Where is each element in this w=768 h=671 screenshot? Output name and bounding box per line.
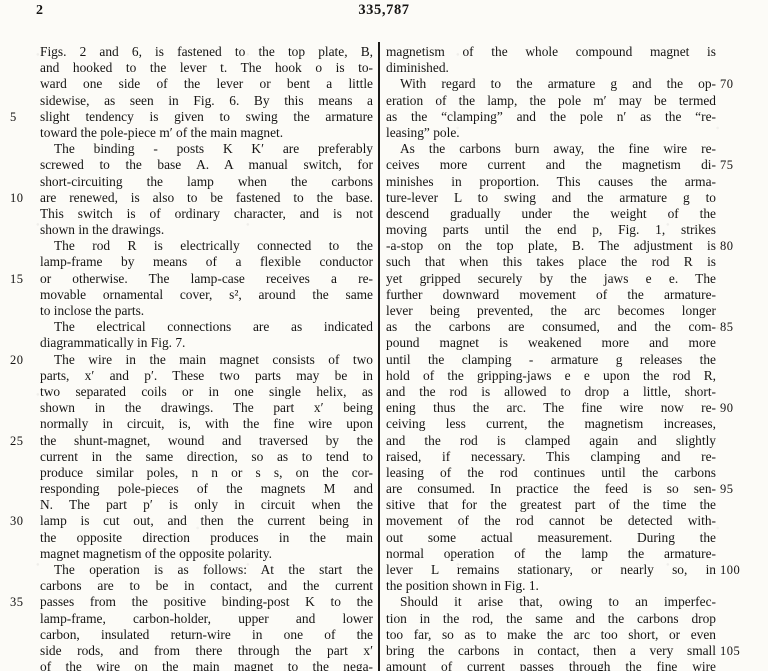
- text-line: ward one side of the lever or bent a lit…: [40, 76, 373, 92]
- text-line: passes from the positive binding-post K …: [40, 594, 373, 610]
- text-line: N. The part p′ is only in circuit when t…: [40, 497, 373, 513]
- text-line: leasing” pole.: [386, 125, 716, 141]
- text-line: of the wire on the main magnet to the ne…: [40, 659, 373, 671]
- line-number: 35: [10, 594, 36, 610]
- text-line: two separated coils or in one single hel…: [40, 384, 373, 400]
- text-line: further downward movement of the armatur…: [386, 287, 716, 303]
- text-line: lever being prevented, the arc becomes l…: [386, 303, 716, 319]
- text-line: side rods, and from there through the pa…: [40, 643, 373, 659]
- text-line: magnet magnetism of the opposite polarit…: [40, 546, 373, 562]
- line-number: 10: [10, 190, 36, 206]
- line-number: 30: [10, 513, 36, 529]
- text-line: lamp-frame by means of a flexible conduc…: [40, 254, 373, 270]
- patent-page: 2 335,787 Figs. 2 and 6, is fastened to …: [0, 0, 768, 671]
- text-line: amount of current passes through the fin…: [386, 659, 716, 671]
- text-line: lamp is cut out, and then the current be…: [40, 513, 373, 529]
- text-line: ceives more current and the magnetism di…: [386, 157, 716, 173]
- text-line: ening thus the arc. The fine wire now re…: [386, 400, 716, 416]
- text-line: carbon, insulated return-wire in one of …: [40, 627, 373, 643]
- right-column: magnetism of the whole compound magnet i…: [386, 44, 716, 671]
- text-line: lever L remains stationary, or nearly so…: [386, 562, 716, 578]
- text-line: as the “clamping” and the pole n′ as the…: [386, 109, 716, 125]
- text-line: shown in the drawings.: [40, 222, 373, 238]
- text-line: the position shown in Fig. 1.: [386, 578, 716, 594]
- text-line: Should it arise that, owing to an imperf…: [386, 594, 716, 610]
- text-line: pound magnet is weakened more and more: [386, 335, 716, 351]
- text-line: slight tendency is given to swing the ar…: [40, 109, 373, 125]
- text-line: lamp-frame, carbon-holder, upper and low…: [40, 611, 373, 627]
- text-line: leasing of the rod continues until the c…: [386, 465, 716, 481]
- text-line: the shunt-magnet, wound and traversed by…: [40, 433, 373, 449]
- column-divider: [378, 42, 380, 671]
- text-line: sitive that for the greatest part of the…: [386, 497, 716, 513]
- text-line: as the carbons are consumed, and the com…: [386, 319, 716, 335]
- line-number: 95: [720, 481, 752, 497]
- text-line: The rod R is electrically connected to t…: [40, 238, 373, 254]
- text-line: diminished.: [386, 60, 716, 76]
- text-line: carbons are to be in contact, and the cu…: [40, 578, 373, 594]
- text-line: shown in the drawings. The part x′ being: [40, 400, 373, 416]
- text-line: As the carbons burn away, the fine wire …: [386, 141, 716, 157]
- text-line: eration of the lamp, the pole m′ may be …: [386, 93, 716, 109]
- text-line: descend gradually under the weight of th…: [386, 206, 716, 222]
- text-line: raised, if necessary. This clamping and …: [386, 449, 716, 465]
- text-line: This switch is of ordinary character, an…: [40, 206, 373, 222]
- line-number: 25: [10, 433, 36, 449]
- text-line: hold of the gripping-jaws e e upon the r…: [386, 368, 716, 384]
- text-line: and the rod is allowed to drop a little,…: [386, 384, 716, 400]
- text-line: ceiving less current, the magnetism incr…: [386, 416, 716, 432]
- text-line: current in the same direction, so as to …: [40, 449, 373, 465]
- patent-number: 335,787: [0, 2, 768, 19]
- text-line: toward the pole-piece m′ of the main mag…: [40, 125, 373, 141]
- text-line: normally in circuit, is, with the fine w…: [40, 416, 373, 432]
- text-line: Figs. 2 and 6, is fastened to the top pl…: [40, 44, 373, 60]
- text-line: and hooked to the lever t. The hook o is…: [40, 60, 373, 76]
- line-number: 90: [720, 400, 752, 416]
- text-line: and the rod is clamped again and slightl…: [386, 433, 716, 449]
- text-line: too far, so as to make the arc too short…: [386, 627, 716, 643]
- text-line: The binding - posts K K′ are preferably: [40, 141, 373, 157]
- text-line: out some actual measurement. During the: [386, 530, 716, 546]
- text-line: short-circuiting the lamp when the carbo…: [40, 174, 373, 190]
- line-number: 20: [10, 352, 36, 368]
- text-line: produce similar poles, n n or s s, on th…: [40, 465, 373, 481]
- text-line: The wire in the main magnet consists of …: [40, 352, 373, 368]
- text-line: moving parts until the end p, Fig. 1, st…: [386, 222, 716, 238]
- text-line: diagrammatically in Fig. 7.: [40, 335, 373, 351]
- line-number: 70: [720, 76, 752, 92]
- text-line: screwed to the base A. A manual switch, …: [40, 157, 373, 173]
- text-line: The electrical connections are as indica…: [40, 319, 373, 335]
- text-line: ture-lever L to swing and the armature g…: [386, 190, 716, 206]
- text-line: bring the carbons in contact, then a ver…: [386, 643, 716, 659]
- line-number: 100: [720, 562, 752, 578]
- text-line: to inclose the parts.: [40, 303, 373, 319]
- text-line: magnetism of the whole compound magnet i…: [386, 44, 716, 60]
- text-line: or otherwise. The lamp-case receives a r…: [40, 271, 373, 287]
- line-number: 105: [720, 643, 752, 659]
- text-line: sidewise, as seen in Fig. 6. By this mea…: [40, 93, 373, 109]
- text-line: yet gripped securely by the jaws e e. Th…: [386, 271, 716, 287]
- text-line: minishes in proportion. This causes the …: [386, 174, 716, 190]
- text-line: -a-stop on the top plate, B. The adjustm…: [386, 238, 716, 254]
- text-line: normal operation of the lamp the armatur…: [386, 546, 716, 562]
- text-line: are renewed, is also to be fastened to t…: [40, 190, 373, 206]
- line-number: 85: [720, 319, 752, 335]
- line-number: 15: [10, 271, 36, 287]
- text-line: responding pole-pieces of the magnets M …: [40, 481, 373, 497]
- text-line: are consumed. In practice the feed is so…: [386, 481, 716, 497]
- text-line: movement of the rod cannot be detected w…: [386, 513, 716, 529]
- left-column: Figs. 2 and 6, is fastened to the top pl…: [40, 44, 373, 671]
- text-line: The operation is as follows: At the star…: [40, 562, 373, 578]
- text-line: parts, x′ and p′. These two parts may be…: [40, 368, 373, 384]
- line-number: 5: [10, 109, 36, 125]
- text-line: With regard to the armature g and the op…: [386, 76, 716, 92]
- text-line: tion in the rod, the same and the carbon…: [386, 611, 716, 627]
- text-line: movable ornamental cover, s², around the…: [40, 287, 373, 303]
- line-number: 80: [720, 238, 752, 254]
- line-number: 75: [720, 157, 752, 173]
- text-line: such that when this takes place the rod …: [386, 254, 716, 270]
- text-line: until the clamping - armature g releases…: [386, 352, 716, 368]
- text-line: the opposite direction produces in the m…: [40, 530, 373, 546]
